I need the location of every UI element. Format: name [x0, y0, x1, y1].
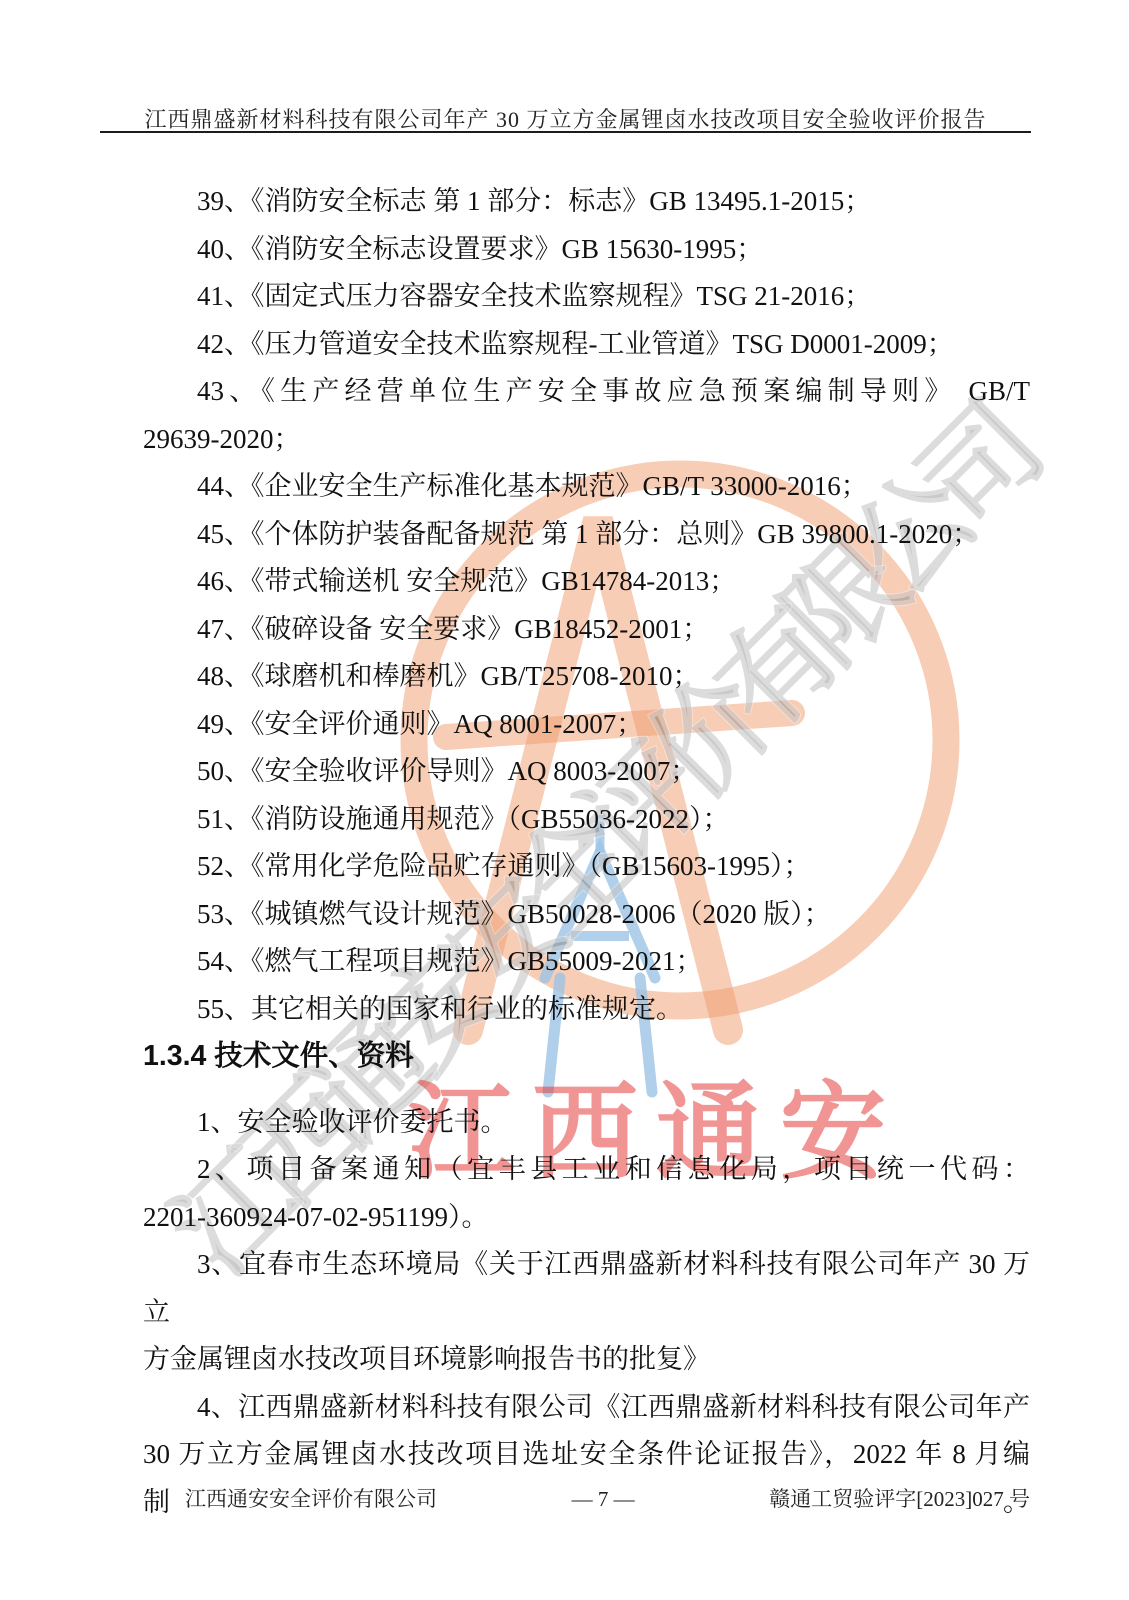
- list-item-continuation: 2201-360924-07-02-951199）。: [143, 1194, 1030, 1242]
- list-item: 50、《安全验收评价导则》AQ 8003-2007；: [143, 748, 1030, 796]
- list-item: 47、《破碎设备 安全要求》GB18452-2001；: [143, 606, 1030, 654]
- list-item: 46、《带式输送机 安全规范》GB14784-2013；: [143, 558, 1030, 606]
- list-item: 4、江西鼎盛新材料科技有限公司《江西鼎盛新材料科技有限公司年产: [143, 1384, 1030, 1432]
- header-rule: [100, 131, 1031, 133]
- footer-document-number: 赣通工贸验评字[2023]027 号: [769, 1483, 1030, 1513]
- list-item: 52、《常用化学危险品贮存通则》（GB15603-1995）；: [143, 843, 1030, 891]
- list-item: 42、《压力管道安全技术监察规程-工业管道》TSG D0001-2009；: [143, 321, 1030, 369]
- text-layer: 江西鼎盛新材料科技有限公司年产 30 万立方金属锂卤水技改项目安全验收评价报告 …: [0, 0, 1129, 1600]
- footer-page-number: — 7 —: [572, 1487, 635, 1512]
- list-item: 43、《生产经营单位生产安全事故应急预案编制导则》 GB/T: [143, 368, 1030, 416]
- section-heading: 1.3.4 技术文件、资料: [143, 1033, 1030, 1081]
- list-item: 49、《安全评价通则》AQ 8001-2007；: [143, 701, 1030, 749]
- list-item: 45、《个体防护装备配备规范 第 1 部分：总则》GB 39800.1-2020…: [143, 511, 1030, 559]
- list-item-continuation: 29639-2020；: [143, 416, 1030, 464]
- list-item: 40、《消防安全标志设置要求》GB 15630-1995；: [143, 226, 1030, 274]
- list-item: 48、《球磨机和棒磨机》GB/T25708-2010；: [143, 653, 1030, 701]
- list-item: 2、项目备案通知（宜丰县工业和信息化局，项目统一代码：: [143, 1146, 1030, 1194]
- list-item: 55、其它相关的国家和行业的标准规定。: [143, 986, 1030, 1034]
- document-body: 39、《消防安全标志 第 1 部分：标志》GB 13495.1-2015； 40…: [143, 178, 1030, 1526]
- footer-company-name: 江西通安安全评价有限公司: [185, 1483, 437, 1513]
- page-header-title: 江西鼎盛新材料科技有限公司年产 30 万立方金属锂卤水技改项目安全验收评价报告: [100, 103, 1031, 134]
- list-item: 3、宜春市生态环境局《关于江西鼎盛新材料科技有限公司年产 30 万立: [143, 1241, 1030, 1336]
- list-item: 53、《城镇燃气设计规范》GB50028-2006（2020 版）；: [143, 891, 1030, 939]
- list-item-continuation: 方金属锂卤水技改项目环境影响报告书的批复》: [143, 1336, 1030, 1384]
- list-item: 51、《消防设施通用规范》（GB55036-2022）；: [143, 796, 1030, 844]
- page-footer: 江西通安安全评价有限公司 — 7 — 赣通工贸验评字[2023]027 号: [185, 1483, 1030, 1513]
- list-item: 54、《燃气工程项目规范》GB55009-2021；: [143, 938, 1030, 986]
- list-item: 44、《企业安全生产标准化基本规范》GB/T 33000-2016；: [143, 463, 1030, 511]
- document-page: 江西通安安全评价有限公司 江西通安 江西鼎盛新材料科技有限公司年产 30 万立方…: [0, 0, 1129, 1600]
- list-item: 39、《消防安全标志 第 1 部分：标志》GB 13495.1-2015；: [143, 178, 1030, 226]
- list-item: 41、《固定式压力容器安全技术监察规程》TSG 21-2016；: [143, 273, 1030, 321]
- list-item: 1、安全验收评价委托书。: [143, 1099, 1030, 1147]
